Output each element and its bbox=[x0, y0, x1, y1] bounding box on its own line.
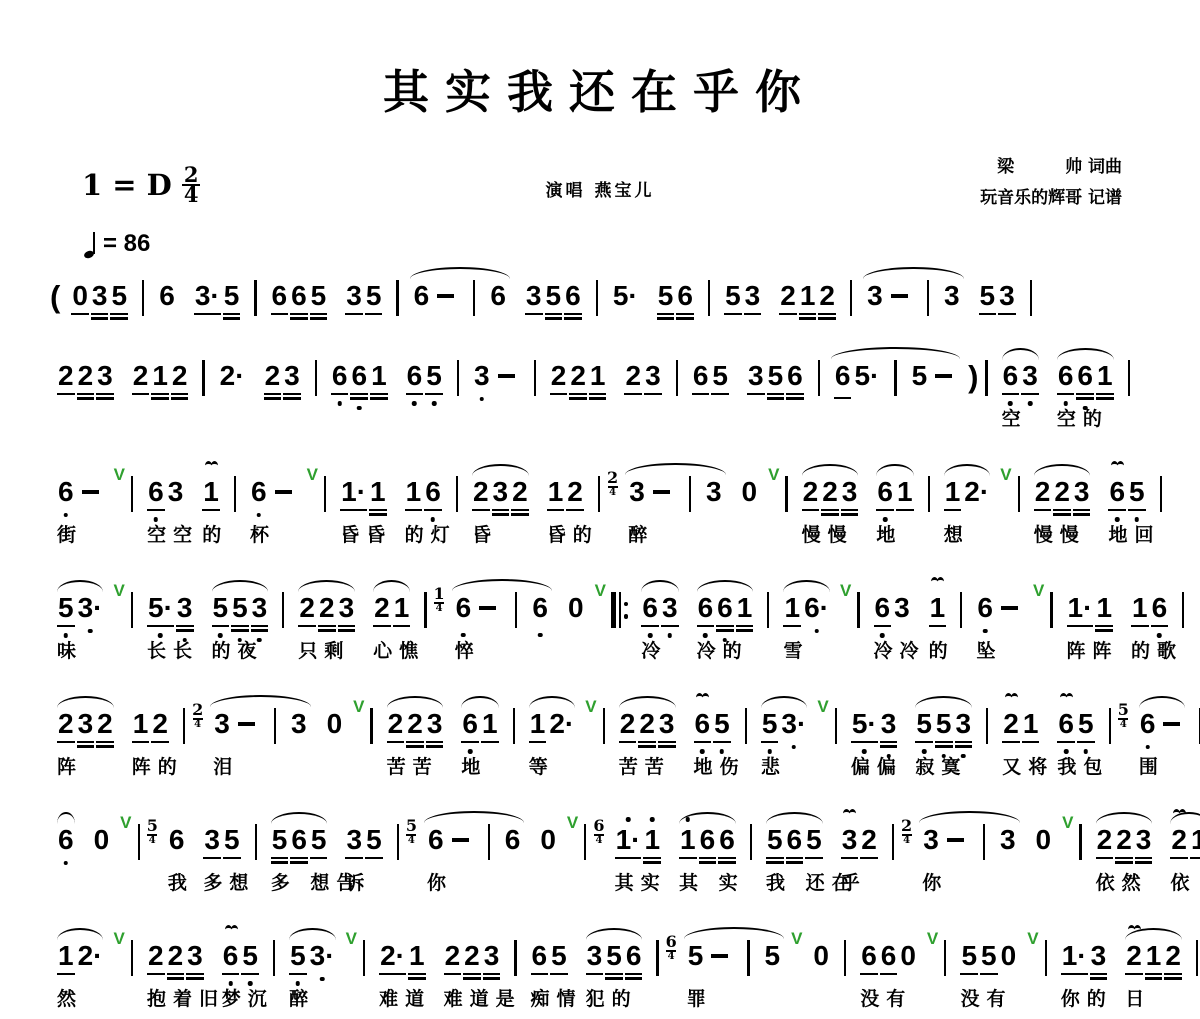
lyric: 偏偏 bbox=[851, 752, 903, 779]
note-group: 16的灯 bbox=[404, 476, 443, 508]
note: 3 bbox=[586, 940, 604, 972]
barline bbox=[363, 940, 365, 976]
underline bbox=[202, 509, 220, 511]
underline bbox=[1151, 625, 1169, 627]
slur-arc bbox=[766, 812, 823, 824]
underline bbox=[492, 509, 510, 511]
composer-credit: 梁 帅 词曲 bbox=[980, 152, 1122, 183]
note: 2 bbox=[566, 476, 584, 508]
underline bbox=[860, 973, 878, 975]
underline bbox=[625, 977, 643, 979]
tie-arc bbox=[625, 463, 725, 475]
note-digit: 5 bbox=[713, 708, 731, 740]
note-digit: 5 bbox=[110, 280, 128, 312]
note-digit: 2· bbox=[548, 708, 575, 740]
note-group: 6 bbox=[56, 824, 76, 856]
underline bbox=[525, 313, 543, 315]
slur-arc bbox=[944, 464, 990, 476]
low-octave-dot bbox=[357, 406, 362, 411]
note: 3 bbox=[167, 476, 185, 508]
note-digit: 5 bbox=[767, 360, 785, 392]
note-digit: 1· bbox=[340, 476, 367, 508]
note-digit: 6 bbox=[222, 940, 240, 972]
barline bbox=[513, 708, 515, 744]
underline bbox=[1095, 625, 1113, 627]
note: 1 bbox=[1131, 592, 1149, 624]
underline bbox=[298, 625, 316, 627]
note-group: 65我包 bbox=[1056, 708, 1095, 740]
underline bbox=[713, 741, 731, 743]
note: 5 bbox=[980, 940, 998, 972]
note-group: 3醉 bbox=[627, 476, 676, 512]
mordent-icon bbox=[931, 577, 943, 586]
note-digit: 6 bbox=[834, 360, 852, 392]
underline bbox=[569, 397, 587, 399]
underline bbox=[57, 741, 75, 743]
note: 3 bbox=[628, 476, 646, 512]
underline bbox=[661, 625, 679, 627]
repeat-thin-bar bbox=[619, 592, 621, 628]
underline bbox=[1057, 393, 1075, 395]
note-digit: 1 bbox=[1095, 592, 1113, 624]
barline bbox=[689, 476, 691, 512]
note-digit: 3 bbox=[922, 824, 940, 856]
underline bbox=[271, 861, 289, 863]
note-group: 553的夜 bbox=[211, 592, 270, 624]
lyric: 日 bbox=[1125, 984, 1151, 1011]
repeat-dot bbox=[624, 614, 629, 619]
note-group: 661 bbox=[330, 360, 389, 392]
note-digit: 5· bbox=[853, 360, 880, 392]
lyric: 然 bbox=[57, 984, 83, 1011]
note-group: 223依然 bbox=[1095, 824, 1154, 856]
note-digit: 3 bbox=[77, 708, 95, 740]
underline bbox=[1034, 509, 1052, 511]
note: 5 bbox=[657, 280, 675, 312]
underline bbox=[283, 397, 301, 399]
note: 3· bbox=[77, 592, 104, 624]
underline bbox=[132, 741, 150, 743]
note: 1 bbox=[589, 360, 607, 392]
underline bbox=[1053, 509, 1071, 511]
note: 5 bbox=[605, 940, 623, 972]
note-group: 3·5 bbox=[193, 280, 241, 312]
note: 1 bbox=[393, 592, 411, 624]
mordent-wave bbox=[1117, 461, 1124, 470]
breath-mark: V bbox=[768, 465, 779, 485]
note-digit: 5 bbox=[241, 940, 259, 972]
note-digit: 3 bbox=[213, 708, 231, 740]
low-octave-dot bbox=[983, 629, 988, 634]
barline bbox=[255, 824, 257, 860]
note: 6 bbox=[786, 824, 804, 856]
underline bbox=[223, 313, 241, 315]
note-digit: 6 bbox=[716, 592, 734, 624]
underline bbox=[96, 393, 114, 395]
slur-arc bbox=[298, 580, 355, 592]
underline bbox=[290, 317, 308, 319]
note-digit: 6 bbox=[461, 708, 479, 740]
note bbox=[648, 476, 675, 512]
note: 6 bbox=[461, 708, 479, 740]
barline bbox=[131, 476, 133, 512]
slur-arc bbox=[1002, 348, 1039, 360]
underline bbox=[91, 313, 109, 315]
note-digit: 5 bbox=[761, 708, 779, 740]
barline bbox=[676, 360, 678, 396]
note-digit: 6 bbox=[1151, 592, 1169, 624]
lyric: 地 bbox=[876, 520, 902, 547]
underline bbox=[71, 313, 89, 315]
inline-time-signature: 24 bbox=[192, 703, 203, 729]
underline bbox=[1145, 973, 1163, 975]
underline bbox=[860, 857, 878, 859]
underline bbox=[1170, 857, 1188, 859]
note-digit: 5 bbox=[365, 280, 383, 312]
underline bbox=[290, 861, 308, 863]
note-group: 63冷冷 bbox=[873, 592, 912, 624]
underline bbox=[802, 509, 820, 511]
note bbox=[1158, 708, 1185, 740]
underline bbox=[799, 313, 817, 315]
note: 1 bbox=[783, 592, 801, 624]
underline bbox=[1135, 857, 1153, 859]
note-digit: 3 bbox=[586, 940, 604, 972]
underline bbox=[564, 313, 582, 315]
note-digit: 5 bbox=[764, 940, 782, 972]
underline bbox=[1128, 509, 1146, 511]
note-digit: 5 bbox=[365, 824, 383, 856]
lyric: 阵阵 bbox=[1067, 636, 1119, 663]
underline bbox=[1022, 741, 1040, 743]
note-group: 2·1难道 bbox=[378, 940, 426, 972]
lyric: 围 bbox=[1139, 752, 1165, 779]
slur-arc bbox=[57, 928, 103, 940]
slur-arc bbox=[461, 696, 498, 708]
note-digit: 2 bbox=[860, 824, 878, 856]
lyric: 坠 bbox=[976, 636, 1002, 663]
underline bbox=[96, 745, 114, 747]
breath-mark: V bbox=[567, 813, 578, 833]
underline bbox=[461, 741, 479, 743]
note-digit: 6 bbox=[424, 476, 442, 508]
underline bbox=[331, 393, 349, 395]
tie-arc bbox=[452, 579, 552, 591]
note-digit: 5 bbox=[310, 824, 328, 856]
note-digit: 1 bbox=[405, 476, 423, 508]
note-group: 212日 bbox=[1124, 940, 1183, 972]
inline-time-signature: 24 bbox=[901, 819, 912, 845]
low-octave-dot bbox=[1145, 745, 1150, 750]
note-digit: 2 bbox=[96, 708, 114, 740]
low-octave-dot bbox=[257, 513, 262, 518]
note: 6 bbox=[168, 824, 186, 856]
lyric: 空 bbox=[1002, 404, 1028, 431]
underline bbox=[350, 393, 368, 395]
note: 2· bbox=[77, 940, 104, 972]
lyric: 的 bbox=[202, 520, 228, 547]
note: 5 bbox=[724, 280, 742, 312]
note-group: 2· bbox=[218, 360, 247, 392]
note-digit: 5 bbox=[223, 280, 241, 312]
note: 6 bbox=[504, 824, 522, 860]
note: 3 bbox=[644, 360, 662, 392]
note: 1 bbox=[529, 708, 547, 740]
inline-meter-denominator: 4 bbox=[596, 837, 603, 845]
breath-mark: V bbox=[817, 697, 828, 717]
breath-mark: V bbox=[840, 581, 851, 601]
lyric: 其实 bbox=[615, 868, 667, 895]
inline-meter-numerator: 6 bbox=[666, 935, 677, 949]
barline bbox=[254, 280, 256, 316]
note-digit: 6 bbox=[250, 476, 268, 508]
dash-mark bbox=[891, 294, 908, 298]
inline-meter-numerator: 1 bbox=[434, 587, 445, 601]
underline bbox=[264, 393, 282, 395]
barline bbox=[131, 940, 133, 976]
note-group: 6街 bbox=[56, 476, 105, 508]
note-group: 3 bbox=[289, 708, 309, 744]
note-group: 553寂寞 bbox=[914, 708, 973, 740]
note-group: 1的 bbox=[928, 592, 948, 624]
note-group: 665 bbox=[270, 280, 329, 312]
note: 3 bbox=[345, 280, 363, 312]
note: 5 bbox=[711, 360, 729, 392]
note: 5 bbox=[915, 708, 933, 740]
repeat-thick-bar bbox=[611, 592, 616, 628]
note-group: 5·3长长 bbox=[146, 592, 194, 624]
note: 2 bbox=[569, 360, 587, 392]
underline bbox=[880, 745, 898, 747]
note-group: 6 bbox=[488, 280, 508, 316]
dash-mark bbox=[498, 374, 515, 378]
note: 6 bbox=[1076, 360, 1094, 392]
note: 6 bbox=[976, 592, 994, 624]
underline bbox=[935, 745, 953, 747]
barline bbox=[1018, 476, 1020, 512]
underline bbox=[379, 973, 406, 975]
barline bbox=[202, 360, 204, 396]
underline bbox=[264, 397, 282, 399]
barline bbox=[1128, 360, 1130, 396]
note: 5 bbox=[911, 360, 929, 396]
barline bbox=[745, 708, 747, 744]
note-digit: 2 bbox=[472, 476, 490, 508]
underline bbox=[605, 973, 623, 975]
underline bbox=[463, 973, 481, 975]
underline bbox=[425, 393, 443, 395]
mordent-icon bbox=[696, 693, 708, 702]
note-group: 21心憔 bbox=[372, 592, 411, 624]
low-octave-dot bbox=[320, 977, 325, 982]
lyric: 等 bbox=[529, 752, 555, 779]
underline bbox=[194, 313, 221, 315]
lyric: 味 bbox=[57, 636, 83, 663]
note-digit: 1 bbox=[736, 592, 754, 624]
note: 2· bbox=[379, 940, 406, 972]
inline-time-signature: 54 bbox=[406, 819, 417, 845]
note-group: 3 bbox=[998, 824, 1018, 860]
note-digit: 6 bbox=[350, 360, 368, 392]
note: 3 bbox=[473, 360, 491, 392]
note-digit: 3 bbox=[167, 476, 185, 508]
music-line: 60V546我35多想565多 想告35诉546你60V641·1其实166其 … bbox=[46, 824, 1154, 874]
breath-mark: V bbox=[307, 465, 318, 485]
barline bbox=[960, 592, 962, 628]
slur-arc bbox=[1096, 812, 1153, 824]
note-digit: 3 bbox=[91, 280, 109, 312]
low-octave-dot bbox=[412, 401, 417, 406]
note-group: 53·醉 bbox=[288, 940, 336, 972]
inline-meter-denominator: 4 bbox=[903, 837, 910, 845]
note: 0 bbox=[741, 476, 759, 508]
note-digit: 5 bbox=[289, 940, 307, 972]
note: 1 bbox=[405, 476, 423, 508]
underline bbox=[980, 973, 998, 975]
underline bbox=[212, 625, 230, 627]
note-digit: 5 bbox=[711, 360, 729, 392]
note-group: 6 bbox=[503, 824, 523, 860]
note: 3 bbox=[661, 592, 679, 624]
note-digit: 5· bbox=[851, 708, 878, 740]
underline bbox=[1057, 741, 1075, 743]
note: 2 bbox=[624, 360, 642, 392]
note-digit: 6 bbox=[168, 824, 186, 856]
note-digit: 1· bbox=[615, 824, 642, 856]
underline bbox=[876, 509, 894, 511]
inline-meter-denominator: 4 bbox=[149, 837, 156, 845]
music-line: 6街V63空空1的6杯V1·1昏昏16的灯232昏12昏的243醉30V223慢… bbox=[46, 476, 1154, 526]
slur-arc bbox=[57, 580, 103, 592]
note-group: 6悴 bbox=[454, 592, 503, 628]
slur-arc bbox=[212, 580, 269, 592]
underline bbox=[96, 741, 114, 743]
note-group: 223难道是 bbox=[443, 940, 502, 972]
underline bbox=[766, 861, 784, 863]
slur-arc bbox=[876, 464, 913, 476]
note-group: 6你 bbox=[426, 824, 475, 860]
barline bbox=[894, 360, 896, 396]
low-octave-dot bbox=[88, 629, 93, 634]
note-digit: 0 bbox=[567, 592, 585, 624]
note: 2 bbox=[802, 476, 820, 508]
underline bbox=[57, 973, 75, 975]
note-digit: 1 bbox=[370, 360, 388, 392]
breath-mark: V bbox=[120, 813, 131, 833]
note-digit: 6 bbox=[57, 824, 75, 856]
underline bbox=[694, 741, 712, 743]
barline bbox=[835, 708, 837, 744]
note-digit: 0 bbox=[539, 824, 557, 856]
note-group: 212 bbox=[131, 360, 190, 392]
barline bbox=[944, 940, 946, 976]
note: 3 bbox=[492, 476, 510, 508]
inline-meter-numerator: 6 bbox=[593, 819, 604, 833]
lyric: 抱着旧 bbox=[147, 984, 225, 1011]
note bbox=[930, 360, 957, 396]
note: 5 bbox=[425, 360, 443, 392]
mordent-icon bbox=[1111, 461, 1123, 470]
underline bbox=[550, 393, 568, 395]
note-group: 53·味 bbox=[56, 592, 104, 624]
note: 2 bbox=[77, 360, 95, 392]
underline bbox=[786, 861, 804, 863]
note: 6 bbox=[786, 360, 804, 392]
note-group: 166其 实 bbox=[678, 824, 737, 856]
note: 5 bbox=[110, 280, 128, 312]
note: 1 bbox=[1190, 824, 1200, 856]
underline bbox=[426, 745, 444, 747]
note: 2 bbox=[96, 708, 114, 740]
note: 6 bbox=[531, 592, 549, 628]
note: 6 bbox=[413, 280, 431, 316]
note-group: 35 bbox=[344, 280, 383, 312]
note: 5· bbox=[853, 360, 880, 396]
dash-mark bbox=[238, 722, 255, 726]
mordent-icon bbox=[843, 809, 855, 818]
mordent-wave bbox=[849, 809, 856, 818]
mordent-wave bbox=[1179, 809, 1186, 818]
note-digit: 6 bbox=[1139, 708, 1157, 740]
note-group: 232昏 bbox=[471, 476, 530, 508]
lyric: 冷的 bbox=[697, 636, 749, 663]
note-digit: 0 bbox=[1000, 940, 1018, 972]
underline bbox=[110, 313, 128, 315]
note-group: 0 bbox=[740, 476, 760, 508]
note: 3 bbox=[176, 592, 194, 624]
underline bbox=[387, 741, 405, 743]
underline bbox=[406, 741, 424, 743]
lyric: 雪 bbox=[783, 636, 809, 663]
underline bbox=[345, 857, 363, 859]
note-group: 63空空 bbox=[146, 476, 185, 508]
note-digit: 6 bbox=[1108, 476, 1126, 508]
note-group: 3 bbox=[942, 280, 962, 316]
note-group: 12·然 bbox=[56, 940, 104, 972]
note: 1 bbox=[896, 476, 914, 508]
underline bbox=[658, 741, 676, 743]
note: 3 bbox=[525, 280, 543, 312]
slur-arc bbox=[373, 580, 410, 592]
note: 6 bbox=[1002, 360, 1020, 392]
note: 1 bbox=[1096, 360, 1114, 392]
tie-group: 3泪3 bbox=[204, 708, 316, 744]
note-digit: 3 bbox=[747, 360, 765, 392]
note-digit: 3 bbox=[705, 476, 723, 508]
note: 1· bbox=[615, 824, 642, 856]
underline bbox=[880, 741, 898, 743]
underline bbox=[318, 629, 336, 631]
note: 3 bbox=[345, 824, 363, 856]
note-digit: 5 bbox=[545, 280, 563, 312]
underline bbox=[1067, 625, 1094, 627]
note: 2 bbox=[406, 708, 424, 740]
note-digit: 6 bbox=[874, 592, 892, 624]
note-digit: 2 bbox=[373, 592, 391, 624]
underline bbox=[896, 509, 914, 511]
note-group: 6我 bbox=[167, 824, 187, 856]
note: 2· bbox=[219, 360, 246, 392]
note-digit: 2 bbox=[550, 360, 568, 392]
music-notation: (03563·566535663565·565321233532232122·2… bbox=[46, 280, 1154, 990]
low-octave-dot bbox=[792, 745, 797, 750]
note-group: 0 bbox=[811, 940, 831, 972]
note-digit: 3 bbox=[1135, 824, 1153, 856]
lyric: 的灯 bbox=[405, 520, 457, 547]
note: 6 bbox=[290, 280, 308, 312]
barline bbox=[274, 708, 276, 744]
breath-mark: V bbox=[585, 697, 596, 717]
